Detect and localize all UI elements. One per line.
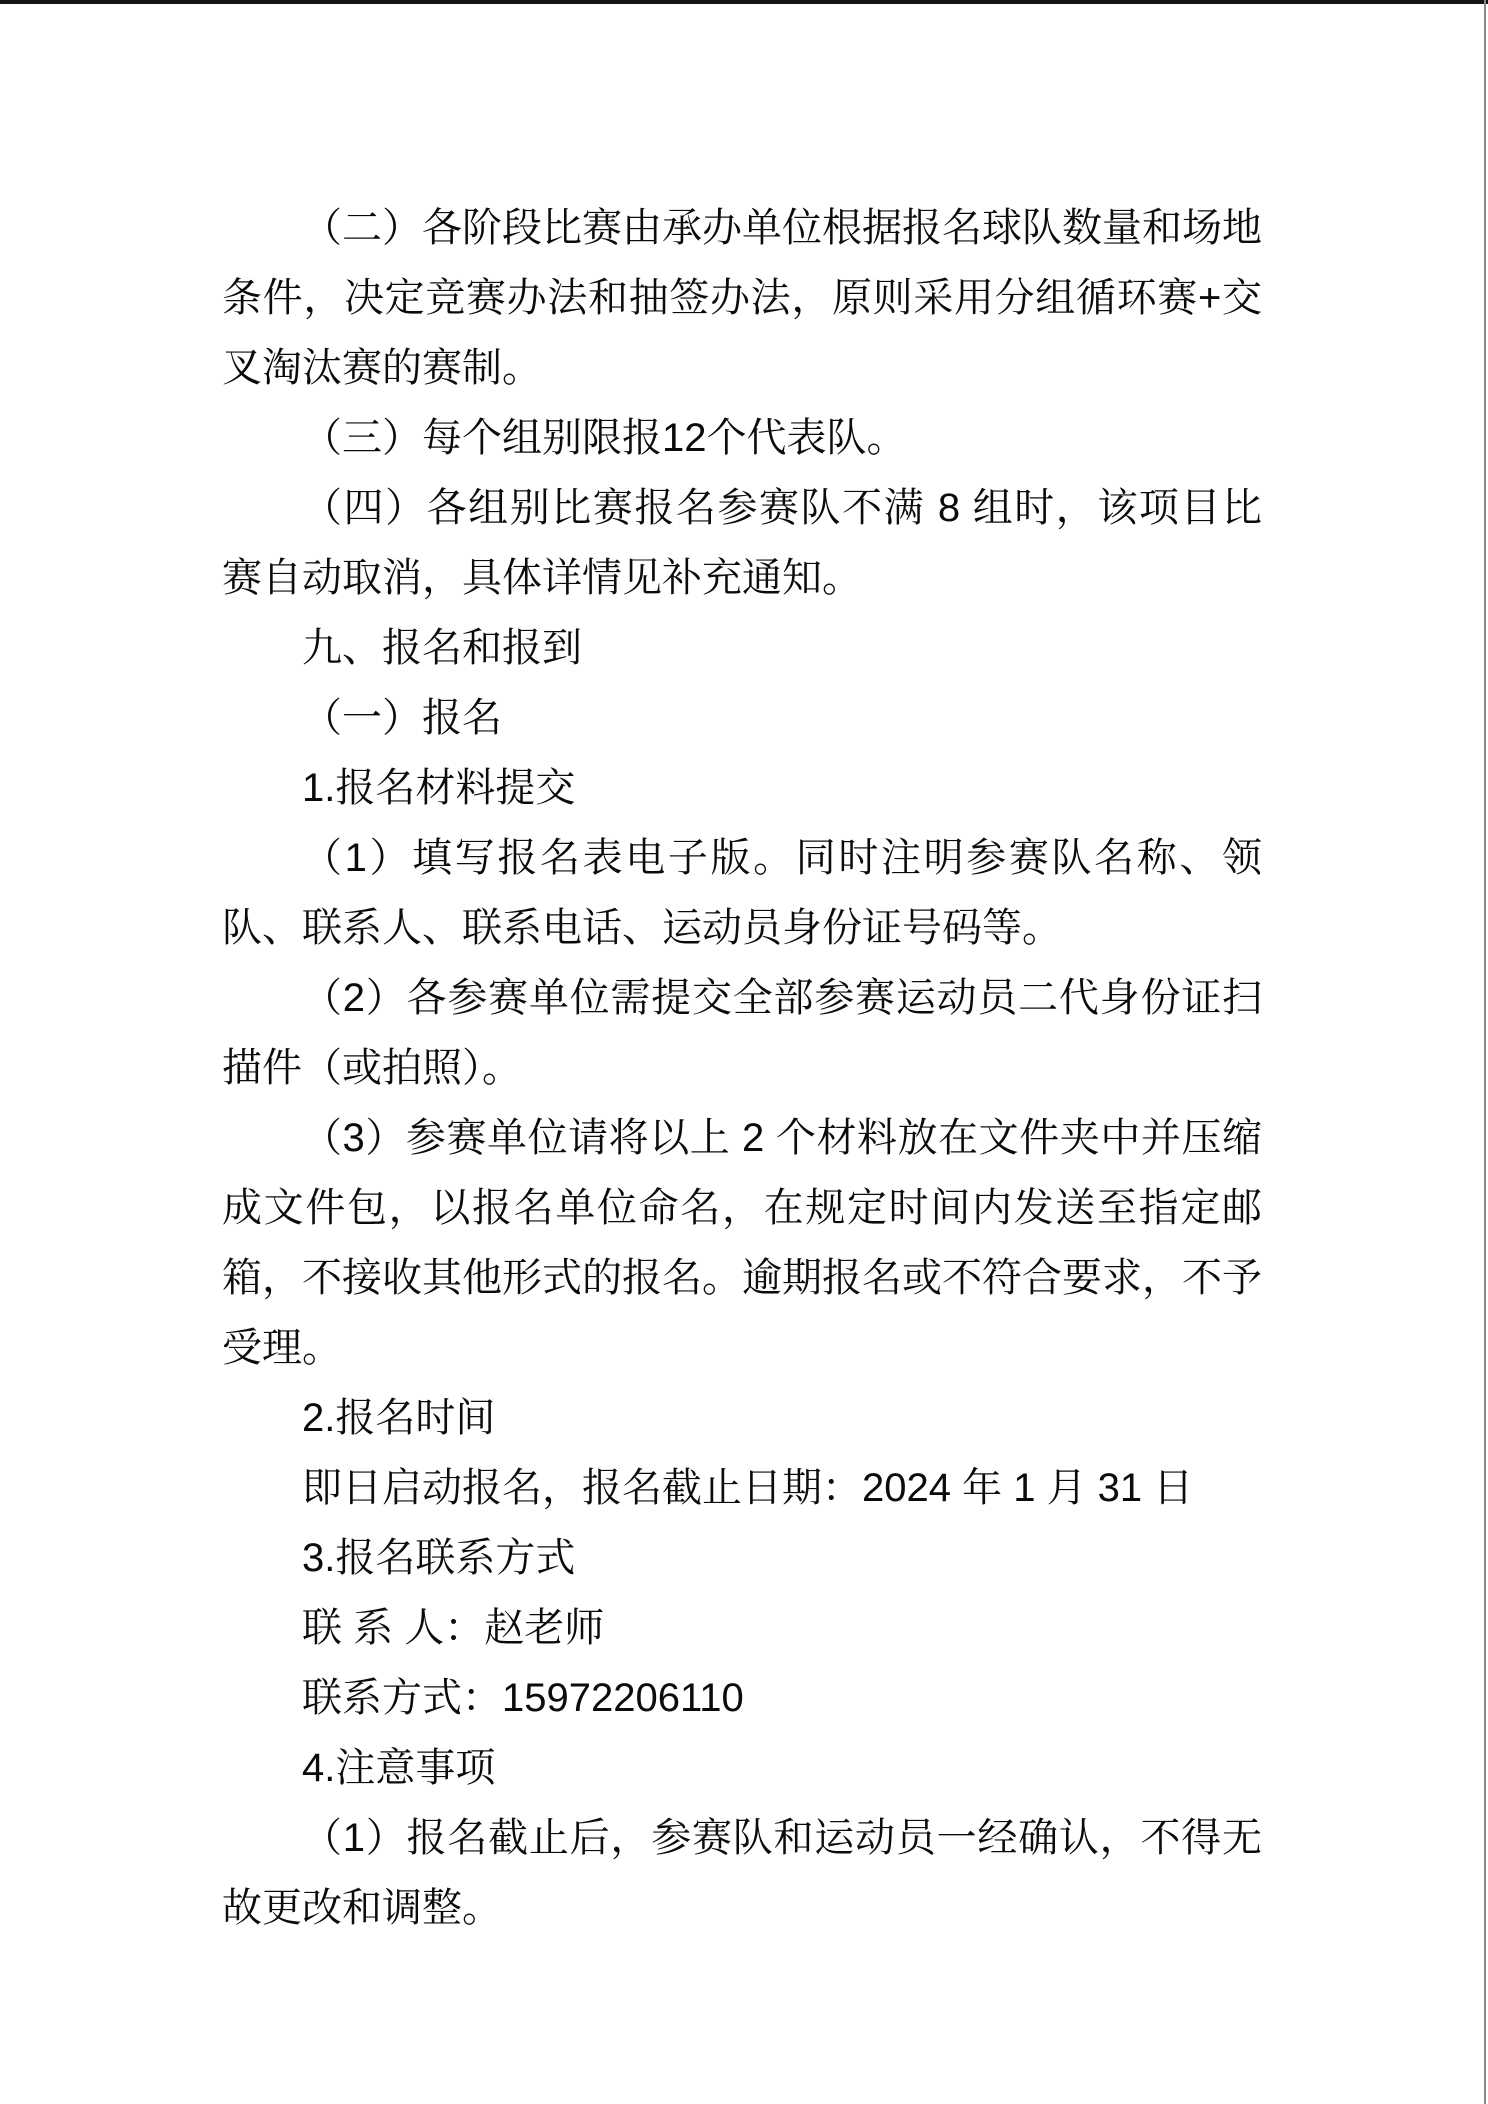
doc-paragraph: （3）参赛单位请将以上 2 个材料放在文件夹中并压缩成文件包，以报名单位命名，在… [222, 1103, 1262, 1383]
doc-paragraph: 1.报名材料提交 [222, 753, 1262, 823]
doc-paragraph: （1）填写报名表电子版。同时注明参赛队名称、领队、联系人、联系电话、运动员身份证… [222, 823, 1262, 963]
doc-paragraph: 2.报名时间 [222, 1383, 1262, 1453]
doc-paragraph: 九、报名和报到 [222, 613, 1262, 683]
doc-paragraph: 联系方式：15972206110 [222, 1663, 1262, 1733]
scan-edge-right-line [1484, 0, 1486, 2104]
doc-paragraph: （2）各参赛单位需提交全部参赛运动员二代身份证扫描件（或拍照）。 [222, 963, 1262, 1103]
doc-paragraph: （三）每个组别限报12个代表队。 [222, 403, 1262, 473]
doc-paragraph: 4.注意事项 [222, 1733, 1262, 1803]
doc-paragraph: （1）报名截止后，参赛队和运动员一经确认，不得无故更改和调整。 [222, 1803, 1262, 1943]
doc-paragraph: 即日启动报名，报名截止日期：2024 年 1 月 31 日 [222, 1453, 1262, 1523]
doc-paragraph: 联 系 人：赵老师 [222, 1593, 1262, 1663]
doc-paragraph: （一）报名 [222, 683, 1262, 753]
document-body: （二）各阶段比赛由承办单位根据报名球队数量和场地条件，决定竞赛办法和抽签办法，原… [222, 193, 1262, 1943]
doc-paragraph: （四）各组别比赛报名参赛队不满 8 组时，该项目比赛自动取消，具体详情见补充通知… [222, 473, 1262, 613]
document-page: （二）各阶段比赛由承办单位根据报名球队数量和场地条件，决定竞赛办法和抽签办法，原… [0, 0, 1488, 2104]
scan-edge-top-bar [0, 0, 1488, 4]
doc-paragraph: 3.报名联系方式 [222, 1523, 1262, 1593]
doc-paragraph: （二）各阶段比赛由承办单位根据报名球队数量和场地条件，决定竞赛办法和抽签办法，原… [222, 193, 1262, 403]
